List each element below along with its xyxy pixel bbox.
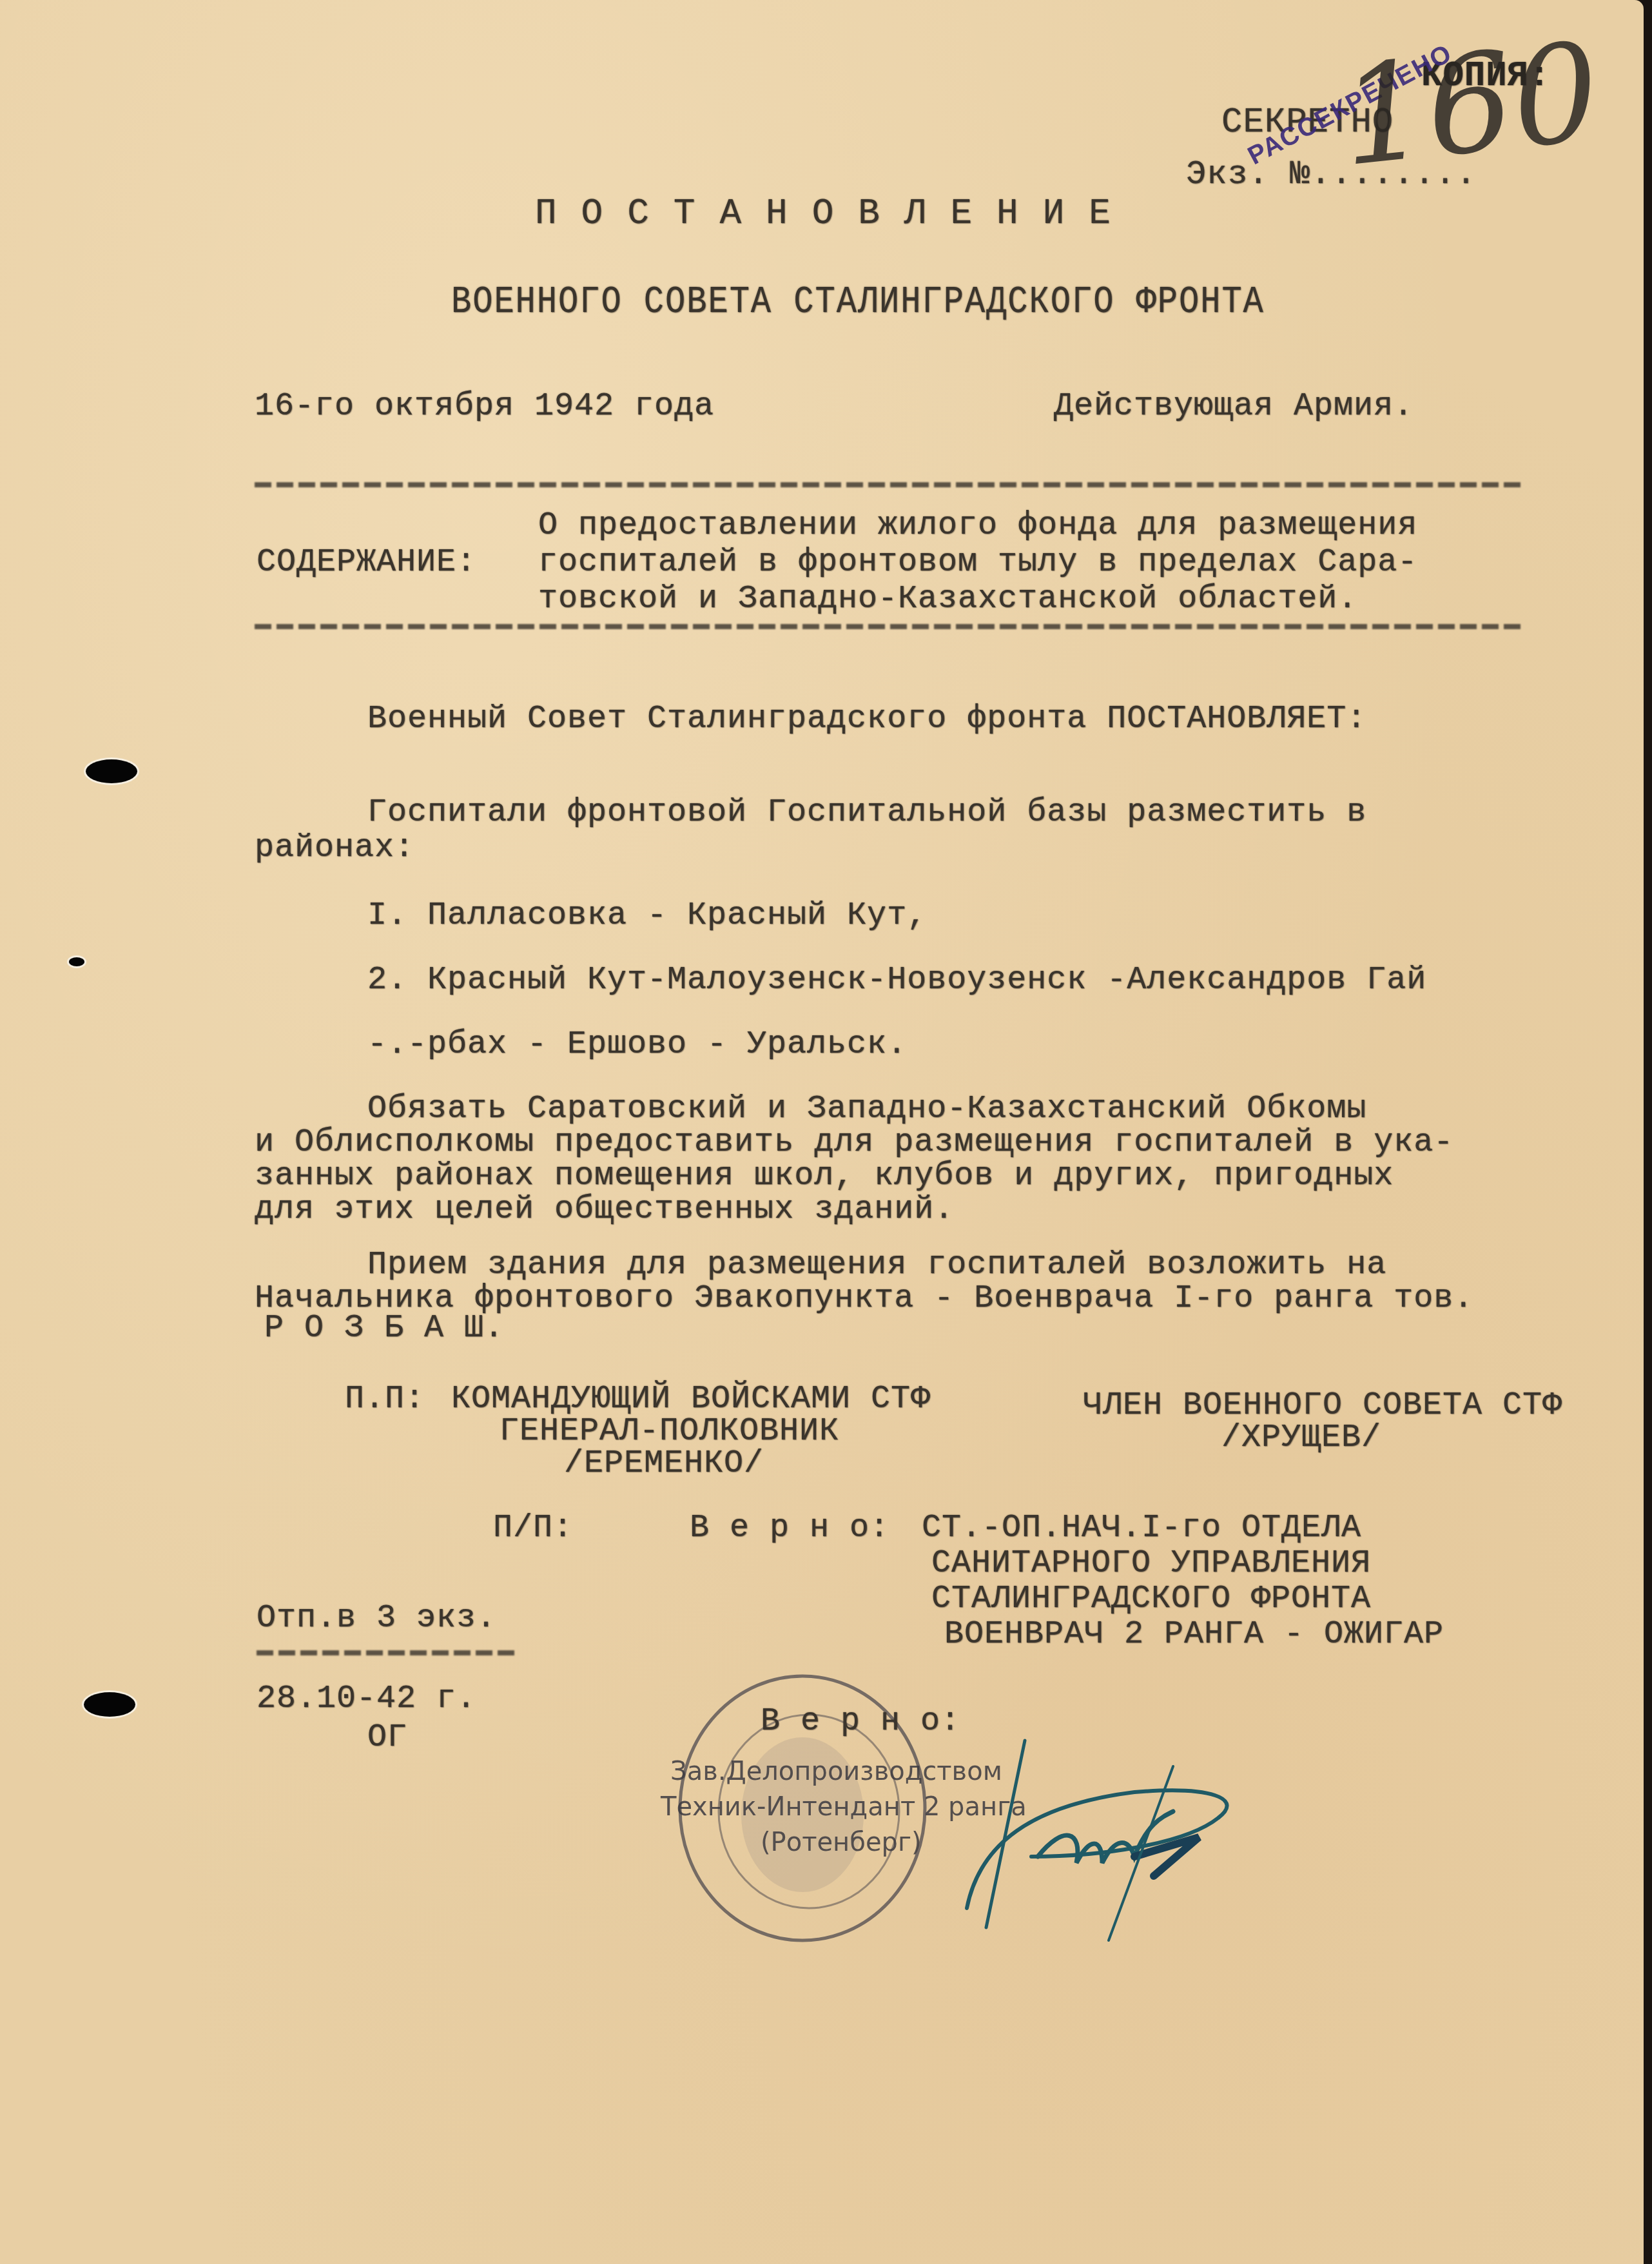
district-3: -.-рбах - Ершово - Уральск.	[367, 1025, 907, 1065]
pp-label: П.П:	[345, 1380, 425, 1420]
verifier-line-2: САНИТАРНОГО УПРАВЛЕНИЯ	[931, 1544, 1371, 1584]
para1-line-1: Госпитали фронтовой Госпитальной базы ра…	[367, 793, 1366, 833]
punch-hole-small	[69, 957, 84, 966]
para3-line-3: Р О З Б А Ш.	[264, 1309, 504, 1349]
verifier-line-1: СТ.-ОП.НАЧ.I-го ОТДЕЛА	[922, 1508, 1361, 1548]
commander-name: /ЕРЕМЕНКО/	[564, 1444, 764, 1484]
document-place: Действующая Армия.	[1054, 387, 1414, 427]
handwritten-signature	[941, 1728, 1276, 1947]
summary-line-1: О предоставлении жилого фонда для размещ…	[538, 506, 1417, 546]
verifier-line-3: СТАЛИНГРАДСКОГО ФРОНТА	[931, 1579, 1371, 1619]
para2-line-4: для этих целей общественных зданий.	[255, 1190, 954, 1230]
document-subtitle: ВОЕННОГО СОВЕТА СТАЛИНГРАДСКОГО ФРОНТА	[451, 279, 1265, 325]
document-date: 16-го октября 1942 года	[255, 387, 714, 427]
verifier-line-4: ВОЕНВРАЧ 2 РАНГА - ОЖИГАР	[944, 1615, 1444, 1655]
para1-line-2: районах:	[255, 828, 414, 868]
copies-note: Отп.в 3 экз.	[257, 1599, 496, 1639]
summary-line-2: госпиталей в фронтовом тылу в пределах С…	[538, 543, 1417, 583]
pp2-label: П/П:	[493, 1508, 573, 1548]
member-name: /ХРУЩЕВ/	[1221, 1418, 1381, 1458]
document-title: ПОСТАНОВЛЕНИЕ	[535, 193, 1135, 233]
resolution-line: Военный Совет Сталинградского фронта ПОС…	[367, 699, 1366, 739]
district-2: 2. Красный Кут-Малоузенск-Новоузенск -Ал…	[367, 961, 1426, 1000]
divider-bottom	[255, 624, 1521, 629]
verno-label: В е р н о:	[690, 1508, 889, 1548]
handwritten-number: 160	[1333, 13, 1606, 197]
footer-date: 28.10-42 г.	[257, 1679, 476, 1719]
stamp-line-3: (Ротенберг)	[761, 1828, 922, 1857]
divider-top	[255, 482, 1521, 487]
punch-hole-top	[86, 759, 137, 783]
district-1: I. Палласовка - Красный Кут,	[367, 896, 927, 936]
summary-line-3: товской и Западно-Казахстанской областей…	[538, 580, 1357, 620]
footer-verno: В е р н о:	[761, 1702, 960, 1742]
document-page: КОПИЯ: СЕКРЕТНО Экз. №........ РАССЕКРЕЧ…	[0, 0, 1644, 2264]
copies-underline	[257, 1650, 514, 1655]
footer-initials: ОГ	[367, 1718, 407, 1758]
punch-hole-bottom	[84, 1692, 135, 1717]
summary-label: СОДЕРЖАНИЕ:	[257, 543, 476, 583]
